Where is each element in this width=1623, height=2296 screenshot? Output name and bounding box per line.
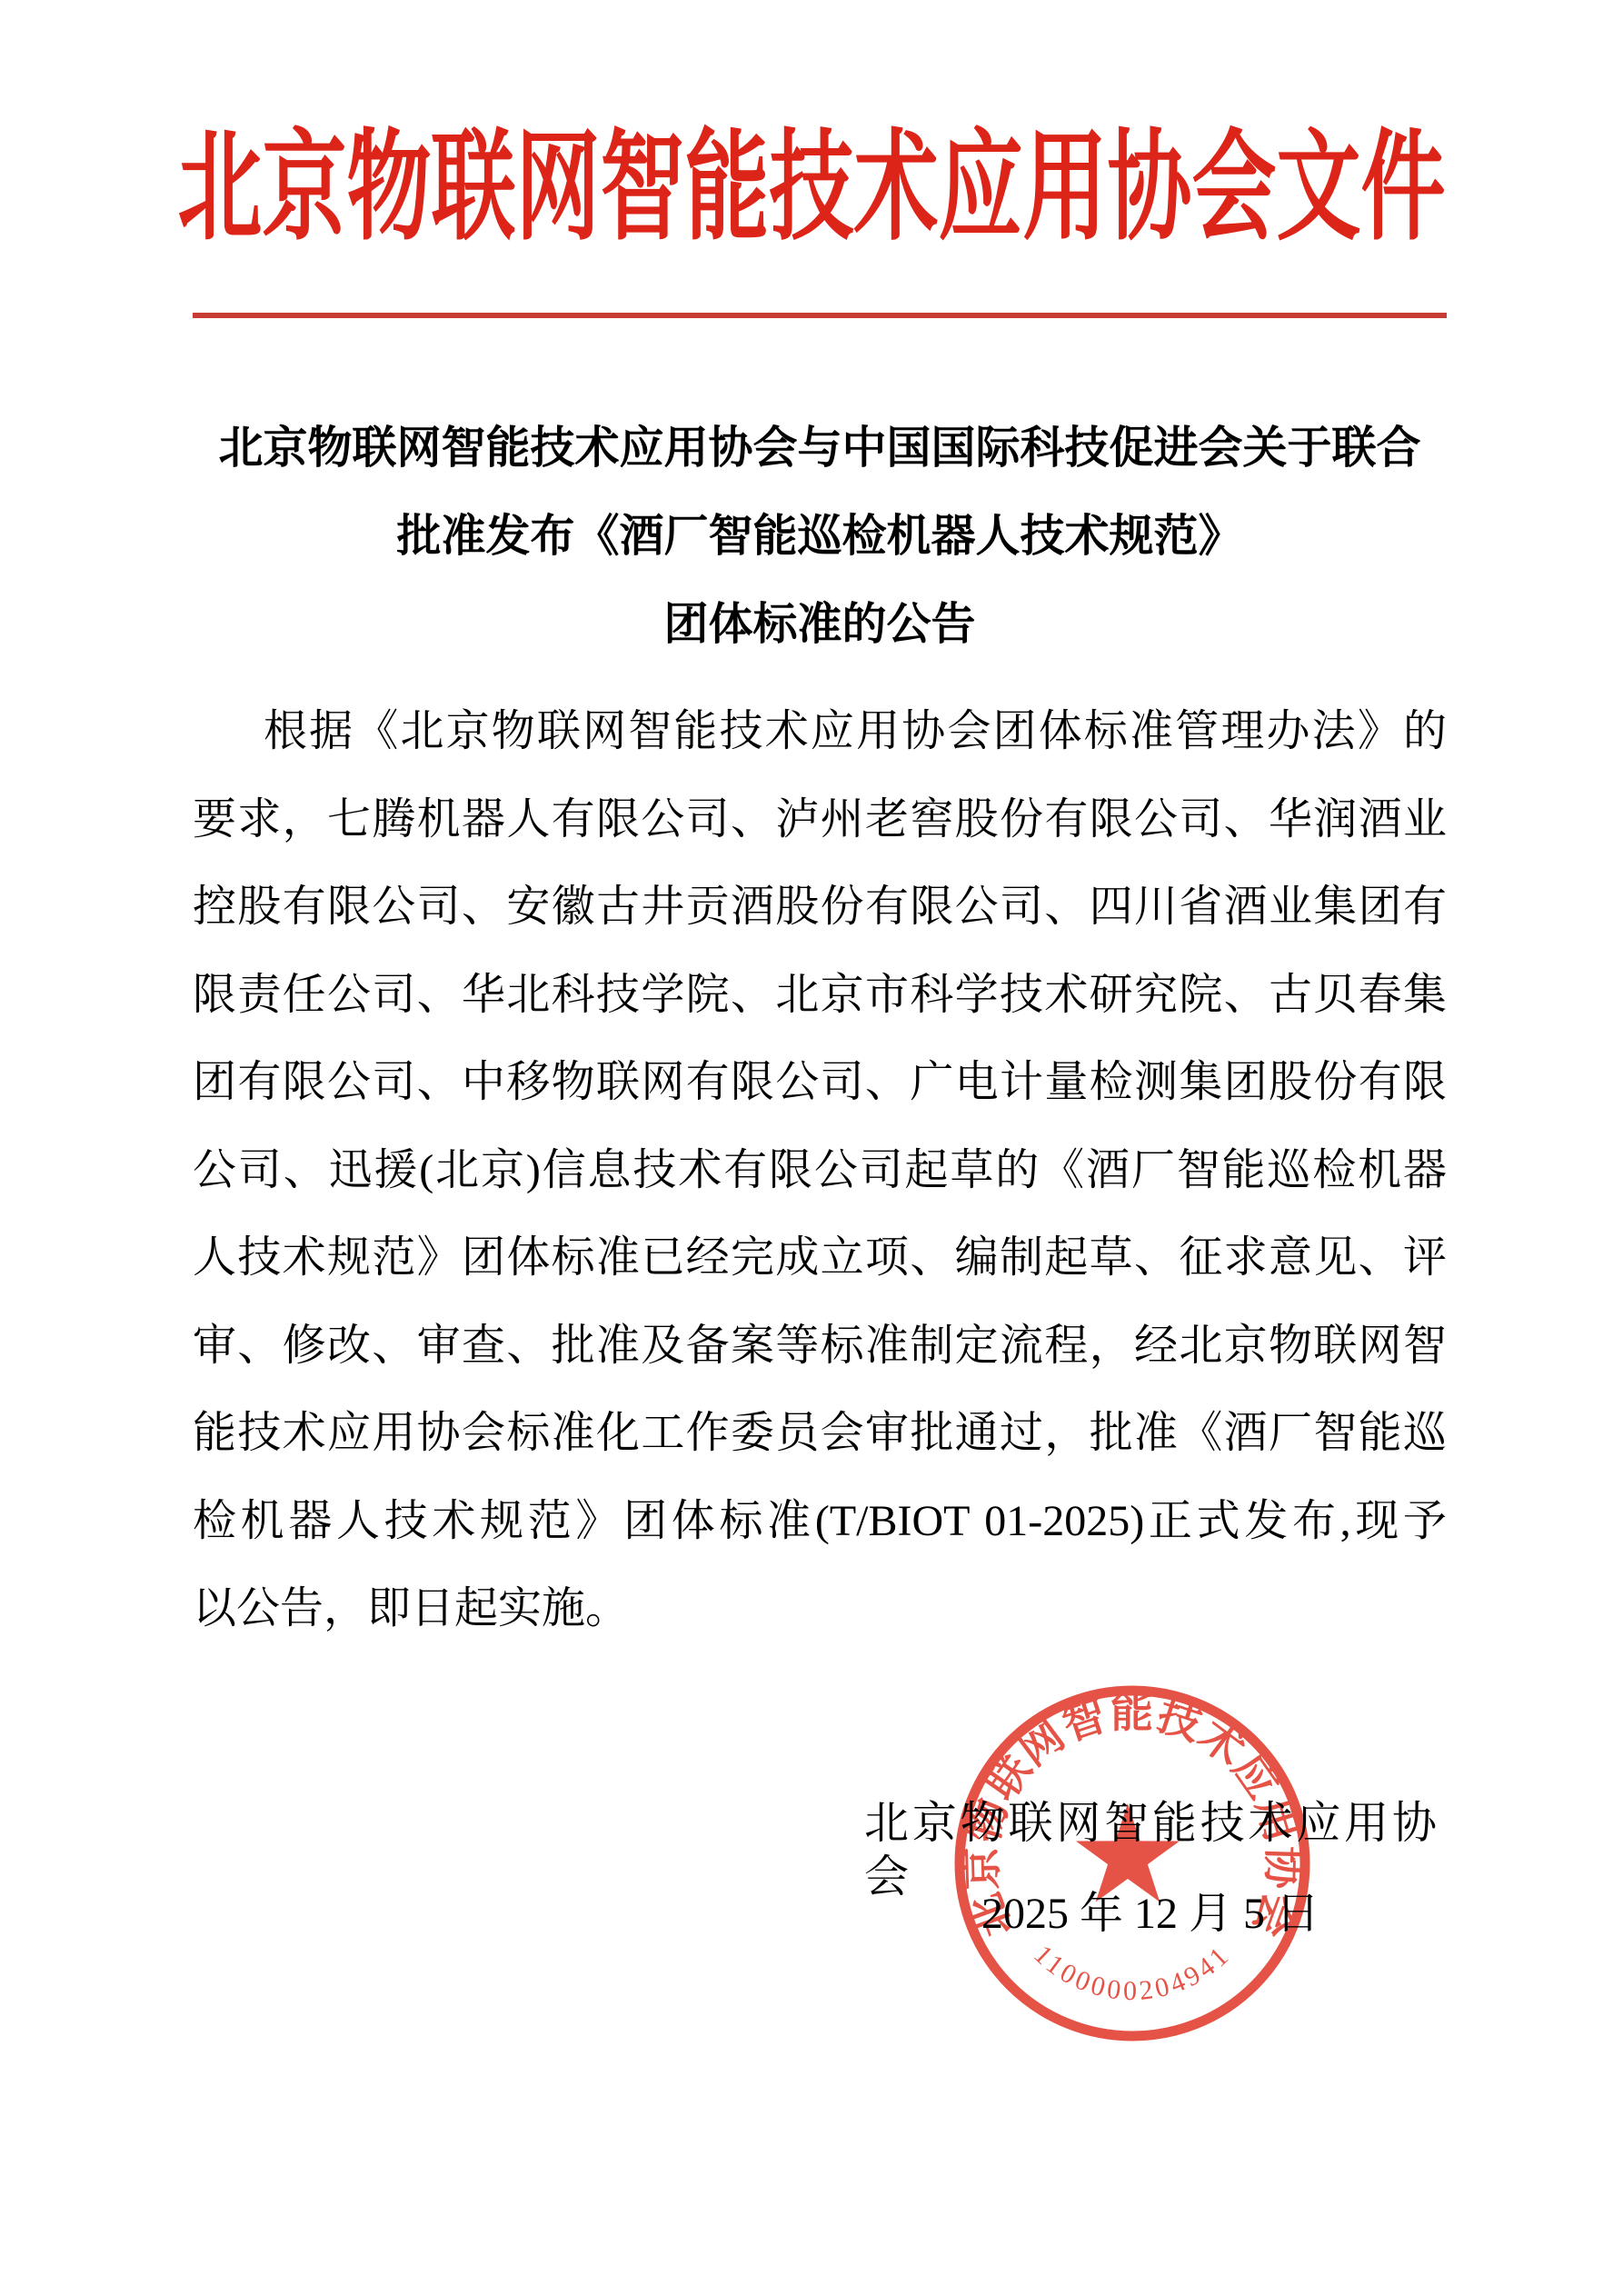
- document-body: 根据《北京物联网智能技术应用协会团体标准管理办法》的 要求，七腾机器人有限公司、…: [193, 688, 1447, 1653]
- body-line: 要求，七腾机器人有限公司、泸州老窖股份有限公司、华润酒业: [193, 776, 1447, 864]
- document-title-line: 批准发布《酒厂智能巡检机器人技术规范》: [193, 492, 1447, 580]
- body-line: 以公告，即日起实施。: [193, 1565, 1447, 1653]
- body-line: 审、修改、审查、批准及备案等标准制定流程，经北京物联网智: [193, 1303, 1447, 1391]
- body-line: 根据《北京物联网智能技术应用协会团体标准管理办法》的: [193, 688, 1447, 776]
- body-line: 控股有限公司、安徽古井贡酒股份有限公司、四川省酒业集团有: [193, 863, 1447, 952]
- body-line: 能技术应用协会标准化工作委员会审批通过，批准《酒厂智能巡: [193, 1390, 1447, 1478]
- seal-star-icon: [1076, 1803, 1180, 1902]
- seal-serial-number: 1100000204941: [1028, 1940, 1236, 2006]
- document-page: 北京物联网智能技术应用协会文件 北京物联网智能技术应用协会与中国国际科技促进会关…: [0, 0, 1623, 2296]
- document-title-line: 团体标准的公告: [193, 580, 1447, 668]
- body-line: 限责任公司、华北科技学院、北京市科学技术研究院、古贝春集: [193, 952, 1447, 1040]
- body-line: 检机器人技术规范》团体标准(T/BIOT 01-2025)正式发布,现予: [193, 1478, 1447, 1566]
- seal-ring-text: 北京物联网智能技术应用协会: [958, 1690, 1306, 1943]
- document-header-title: 北京物联网智能技术应用协会文件: [0, 129, 1623, 249]
- document-title: 北京物联网智能技术应用协会与中国国际科技促进会关于联合 批准发布《酒厂智能巡检机…: [193, 404, 1447, 668]
- official-seal: 北京物联网智能技术应用协会 1100000204941: [941, 1672, 1323, 2054]
- body-line: 人技术规范》团体标准已经完成立项、编制起草、征求意见、评: [193, 1214, 1447, 1303]
- body-line: 公司、迅援(北京)信息技术有限公司起草的《酒厂智能巡检机器: [193, 1127, 1447, 1215]
- body-line: 团有限公司、中移物联网有限公司、广电计量检测集团股份有限: [193, 1039, 1447, 1127]
- document-title-line: 北京物联网智能技术应用协会与中国国际科技促进会关于联合: [193, 404, 1447, 492]
- header-divider-line: [193, 313, 1447, 318]
